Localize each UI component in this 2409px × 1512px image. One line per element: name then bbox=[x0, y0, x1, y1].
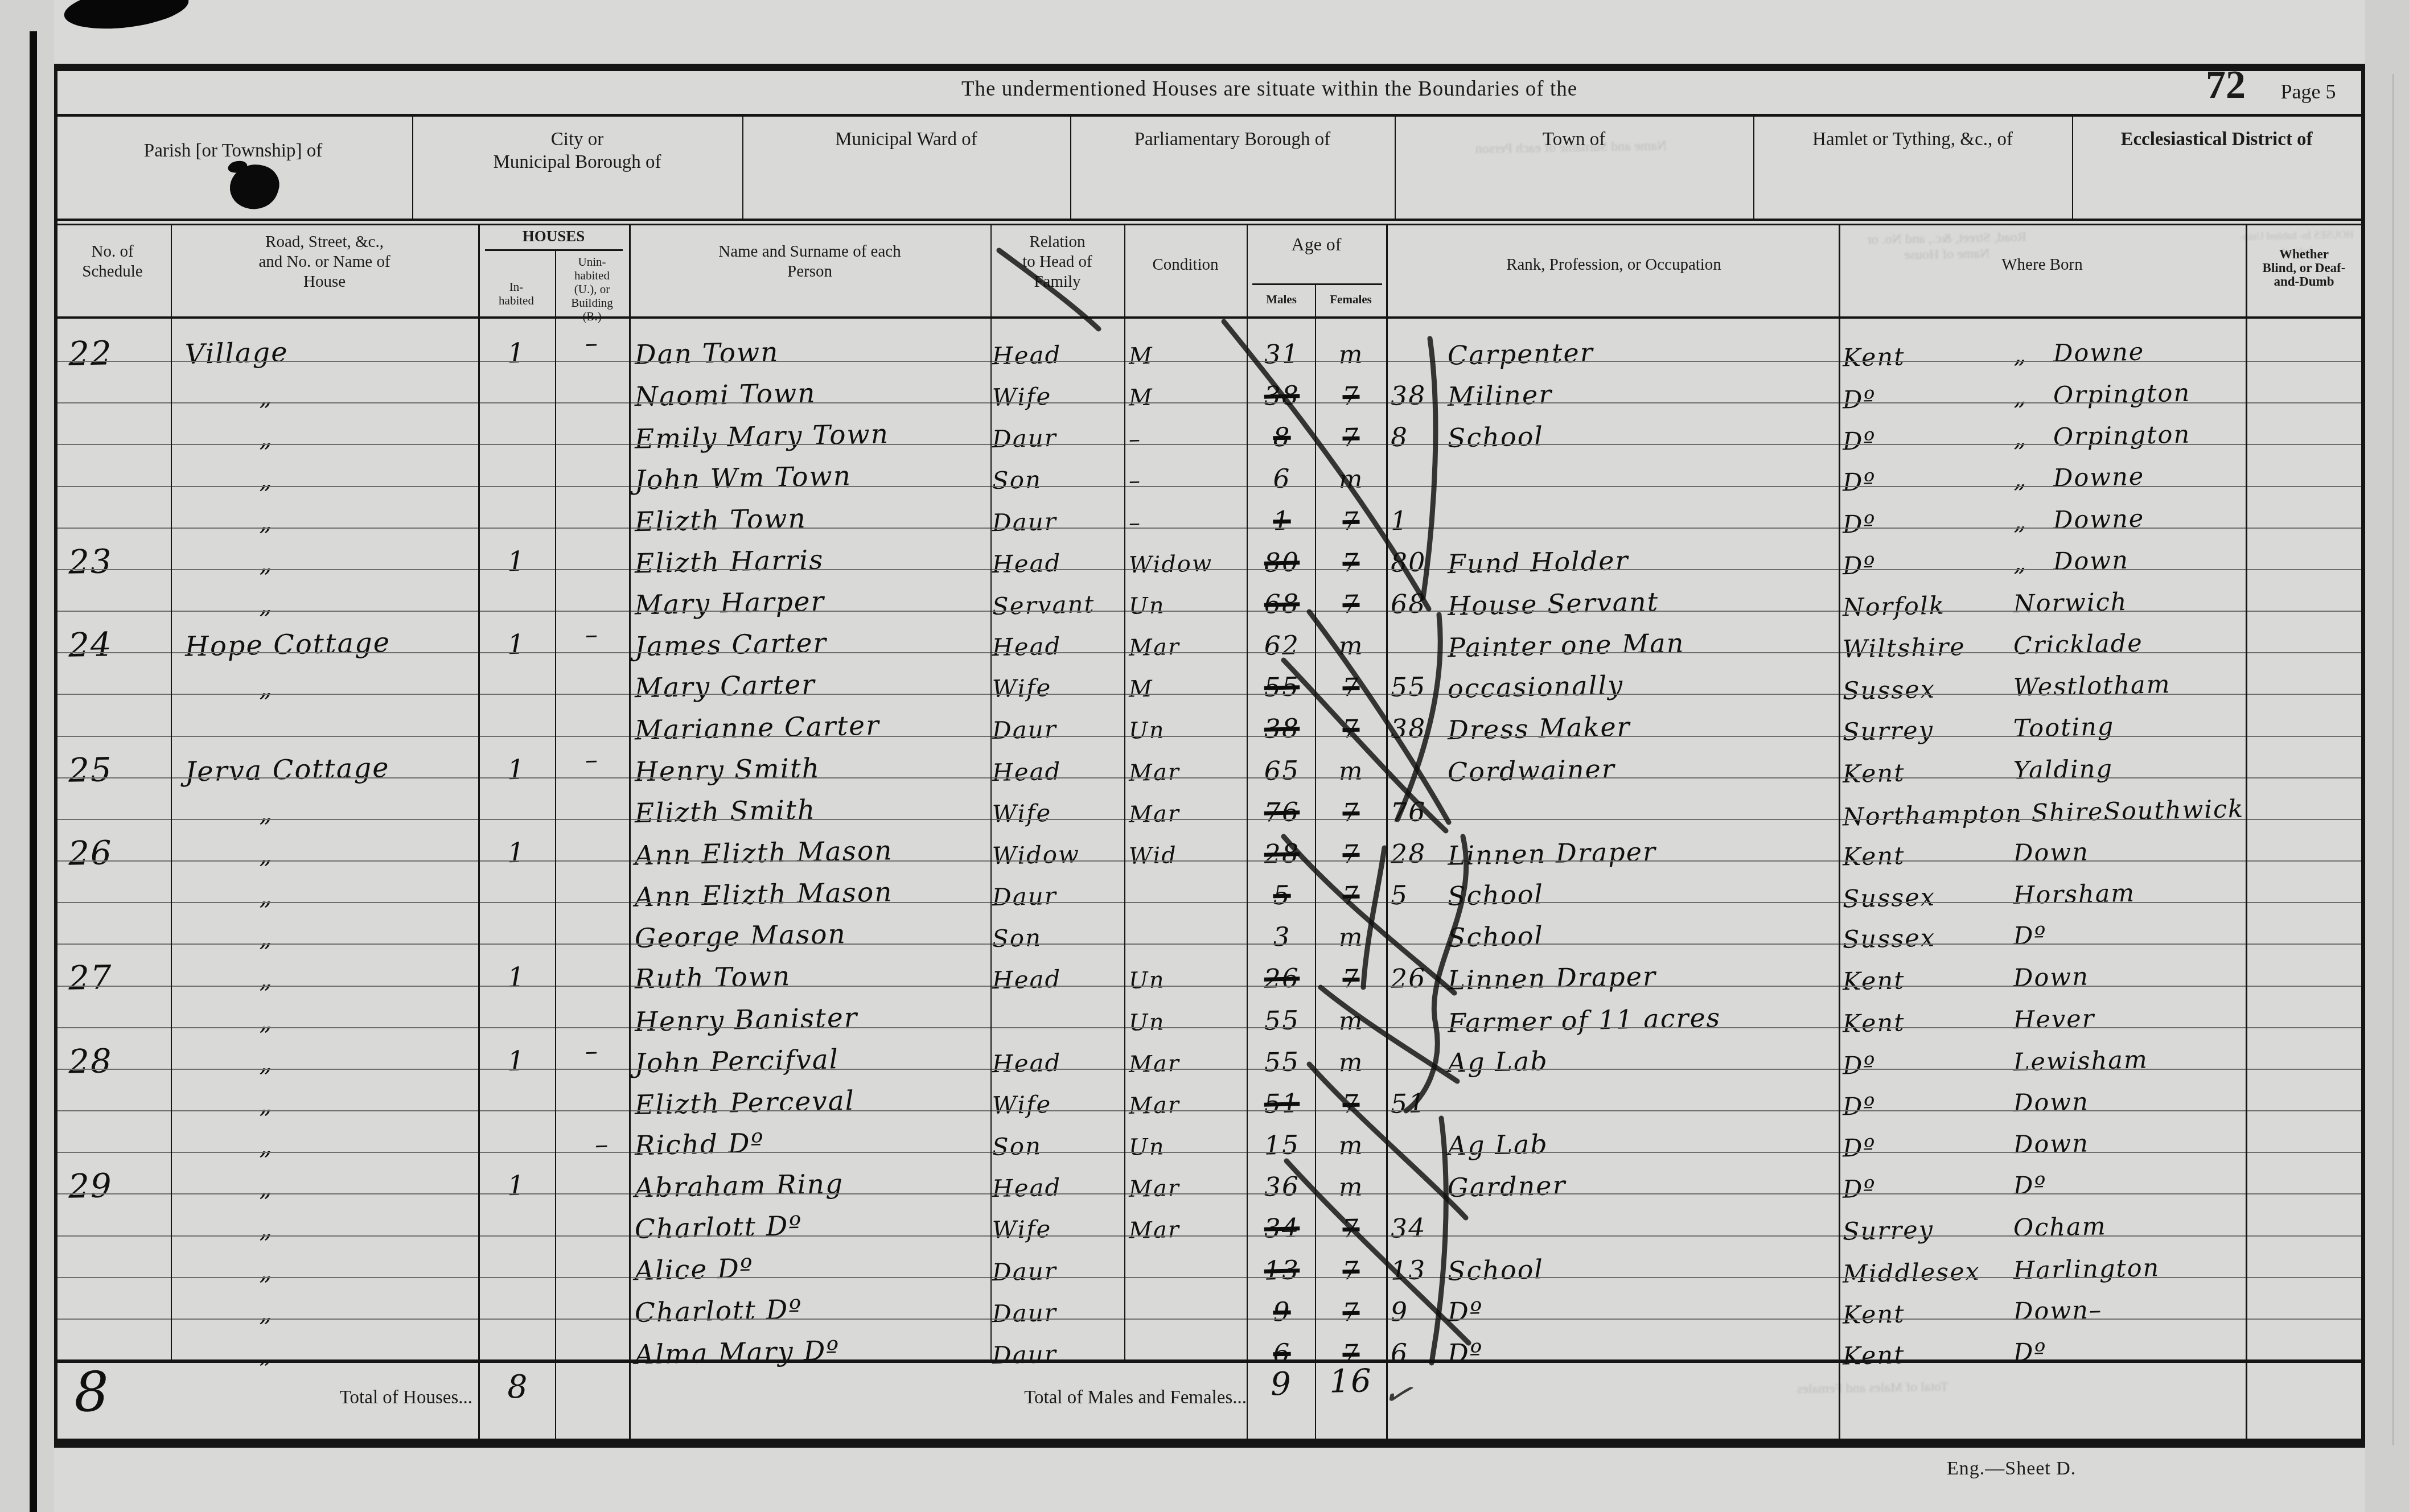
rule-vertical bbox=[1839, 224, 1840, 1439]
row-rule bbox=[55, 486, 2361, 487]
row-rule bbox=[55, 1110, 2361, 1111]
born-county: Kent bbox=[1843, 1338, 2014, 1370]
sheet-title: The undermentioned Houses are situate wi… bbox=[877, 77, 1662, 101]
table-row: 26„1Ann Elizth MasonWidowWid28728Linnen … bbox=[54, 819, 2365, 861]
bleed-through-text: Road, Street, &c., and No. or Name of Ho… bbox=[1853, 229, 2041, 264]
rule-horizontal bbox=[54, 224, 2365, 225]
district-box-label: Hamlet or Tything, &c., of bbox=[1758, 128, 2067, 151]
table-row: „Alice DºDaur13713SchoolMiddlesexHarling… bbox=[54, 1235, 2365, 1278]
district-box-label: City orMunicipal Borough of bbox=[417, 128, 738, 174]
col-name: Name and Surname of eachPerson bbox=[632, 242, 988, 282]
rule-vertical bbox=[1124, 224, 1125, 1359]
rule-vertical bbox=[478, 224, 480, 1439]
rule-vertical bbox=[1315, 283, 1316, 1439]
district-box-label: Ecclesiastical District of bbox=[2077, 128, 2357, 151]
rule-vertical bbox=[1753, 117, 1754, 219]
rule-horizontal bbox=[54, 1359, 2365, 1363]
rule-vertical bbox=[171, 224, 172, 1359]
col-schedule: No. ofSchedule bbox=[57, 242, 168, 282]
person-name: Alma Mary Dº bbox=[634, 1335, 840, 1371]
scan-right-margin bbox=[2365, 0, 2409, 1512]
table-row: „Naomi TownWifeM38738MilinerDº„Orpington bbox=[54, 361, 2365, 403]
row-rule bbox=[55, 1152, 2361, 1153]
total-males-value: 9 bbox=[1247, 1365, 1315, 1403]
margin-total: 8 bbox=[73, 1359, 110, 1424]
rule-vertical bbox=[990, 224, 992, 1359]
col-rank: Rank, Profession, or Occupation bbox=[1392, 255, 1836, 275]
table-row: „Elizth PercevalWifeMar51751DºDown bbox=[54, 1069, 2365, 1111]
age-underline bbox=[1252, 283, 1382, 285]
rule-horizontal bbox=[54, 219, 2365, 221]
row-rule bbox=[55, 986, 2361, 987]
rule-vertical bbox=[2361, 64, 2365, 1448]
row-rule bbox=[55, 1277, 2361, 1278]
rule-vertical bbox=[54, 64, 57, 1448]
rule-horizontal bbox=[54, 64, 2365, 71]
table-row: 25Jerva Cottage1–Henry SmithHeadMar65mCo… bbox=[54, 736, 2365, 778]
col-houses: HOUSES bbox=[481, 226, 626, 246]
table-row: „Mary HarperServantUn68768House ServantN… bbox=[54, 569, 2365, 611]
col-age: Age of bbox=[1249, 234, 1383, 254]
rule-horizontal bbox=[54, 114, 2365, 117]
district-box-label: Municipal Ward of bbox=[747, 128, 1066, 151]
row-rule bbox=[55, 819, 2361, 820]
table-row: 29„1Abraham RingHeadMar36mGardnerDºDº bbox=[54, 1152, 2365, 1194]
bleed-through-line bbox=[2392, 74, 2394, 1445]
occupation: Dº bbox=[1447, 1337, 1483, 1369]
where-born: KentDº bbox=[1843, 1338, 2048, 1371]
row-rule bbox=[55, 944, 2361, 945]
row-rule bbox=[55, 736, 2361, 737]
rule-vertical bbox=[1395, 117, 1396, 219]
row-rule bbox=[55, 860, 2361, 862]
table-row: „Elizth TownDaur–171Dº„Downe bbox=[54, 486, 2365, 528]
row-rule bbox=[55, 1235, 2361, 1237]
total-persons-label: Total of Males and Females... bbox=[877, 1387, 1247, 1408]
rule-vertical bbox=[2246, 224, 2247, 1439]
rule-vertical bbox=[742, 117, 743, 219]
bleed-through-text: HOUSES In- habited Unin- habited bbox=[2240, 226, 2354, 260]
uninhabited-mark: – bbox=[554, 1036, 629, 1067]
table-row: „Alma Mary DºDaur676DºKentDº bbox=[54, 1319, 2365, 1361]
table-row: „Henry BanisterUn55mFarmer of 11 acresKe… bbox=[54, 986, 2365, 1028]
row-rule bbox=[55, 1319, 2361, 1320]
table-row: Marianne CarterDaurUn38738Dress MakerSur… bbox=[54, 694, 2365, 736]
table-row: „George MasonSon3mSchoolSussexDº bbox=[54, 902, 2365, 944]
table-row: „Emily Mary TownDaur–878SchoolDº„Orpingt… bbox=[54, 402, 2365, 444]
col-road: Road, Street, &c.,and No. or Name ofHous… bbox=[174, 232, 475, 292]
total-houses-label: Total of Houses... bbox=[228, 1387, 472, 1408]
uninhabited-mark: – bbox=[554, 328, 629, 359]
col-condition: Condition bbox=[1127, 255, 1244, 275]
parish-ink-blot bbox=[225, 158, 285, 216]
row-rule bbox=[55, 1027, 2361, 1028]
table-row: „Mary CarterWifeM55755occasionallySussex… bbox=[54, 652, 2365, 694]
col-uninhabited: Unin-habited(U.), orBuilding(B.) bbox=[557, 255, 627, 323]
row-rule bbox=[55, 777, 2361, 778]
rule-horizontal bbox=[54, 316, 2365, 319]
table-row: 28„1–John PercifvalHeadMar55mAg LabDºLew… bbox=[54, 1027, 2365, 1069]
row-rule bbox=[55, 402, 2361, 403]
rule-horizontal bbox=[54, 1439, 2365, 1448]
rule-vertical bbox=[555, 250, 556, 1439]
table-row: „Charlott DºDaur979DºKentDown– bbox=[54, 1277, 2365, 1319]
row-rule bbox=[55, 902, 2361, 903]
district-box-label: Parliamentary Borough of bbox=[1075, 128, 1390, 151]
scan-artifact-blob bbox=[62, 0, 191, 35]
table-row: 24Hope Cottage1–James CarterHeadMar62mPa… bbox=[54, 611, 2365, 653]
bleed-through-text: Total of Males and Females bbox=[1713, 1377, 2032, 1399]
row-rule bbox=[55, 361, 2361, 362]
uninhabited-mark: – bbox=[554, 620, 629, 650]
table-row: 27„1Ruth TownHeadUn26726Linnen DraperKen… bbox=[54, 944, 2365, 986]
rule-vertical bbox=[412, 117, 413, 219]
table-row: 22Village1–Dan TownHeadM31mCarpenterKent… bbox=[54, 319, 2365, 361]
row-rule bbox=[55, 528, 2361, 529]
row-rule bbox=[55, 444, 2361, 445]
house-name: „ bbox=[258, 1340, 273, 1369]
rule-vertical bbox=[1247, 224, 1248, 1439]
row-rule bbox=[55, 1193, 2361, 1194]
table-row: „Ann Elizth MasonDaur575SchoolSussexHors… bbox=[54, 860, 2365, 903]
page-number: Page 5 bbox=[2263, 80, 2354, 104]
scan-left-margin bbox=[0, 0, 54, 1512]
total-females-value: 16 bbox=[1316, 1362, 1386, 1401]
row-rule bbox=[55, 694, 2361, 695]
col-relation: Relationto Head ofFamily bbox=[993, 232, 1121, 292]
row-rule bbox=[55, 611, 2361, 612]
rule-vertical bbox=[1386, 224, 1388, 1439]
rule-vertical bbox=[629, 224, 631, 1439]
page-edge-line bbox=[30, 31, 37, 1512]
rule-vertical bbox=[2072, 117, 2073, 219]
row-rule bbox=[55, 652, 2361, 653]
col-males: Males bbox=[1248, 292, 1315, 306]
sheet-footer: Eng.—Sheet D. bbox=[1947, 1458, 2186, 1480]
table-row: „John Wm TownSon–6mDº„Downe bbox=[54, 444, 2365, 486]
age-males: 6 bbox=[1248, 1337, 1316, 1369]
census-sheet-scan: The undermentioned Houses are situate wi… bbox=[0, 0, 2409, 1512]
rule-vertical bbox=[1070, 117, 1071, 219]
table-row: „Elizth SmithWifeMar76776Northampton Shi… bbox=[54, 777, 2365, 819]
age-corrected: 6 bbox=[1390, 1338, 1408, 1369]
uninhabited-mark: – bbox=[554, 745, 629, 776]
table-row: 23„1Elizth HarrisHeadWidow80780Fund Hold… bbox=[54, 528, 2365, 570]
row-rule bbox=[55, 1069, 2361, 1070]
relation: Daur bbox=[992, 1340, 1057, 1369]
houses-underline bbox=[485, 249, 623, 251]
table-row: „–Richd DºSonUn15mAg LabDºDown bbox=[54, 1110, 2365, 1152]
col-females: Females bbox=[1316, 292, 1386, 306]
col-inhabited: In-habited bbox=[479, 280, 553, 307]
table-row: „Charlott DºWifeMar34734SurreyOcham bbox=[54, 1193, 2365, 1235]
district-box-label: Parish [or Township] of bbox=[59, 139, 408, 162]
total-houses-value: 8 bbox=[480, 1368, 555, 1407]
row-rule bbox=[55, 569, 2361, 570]
